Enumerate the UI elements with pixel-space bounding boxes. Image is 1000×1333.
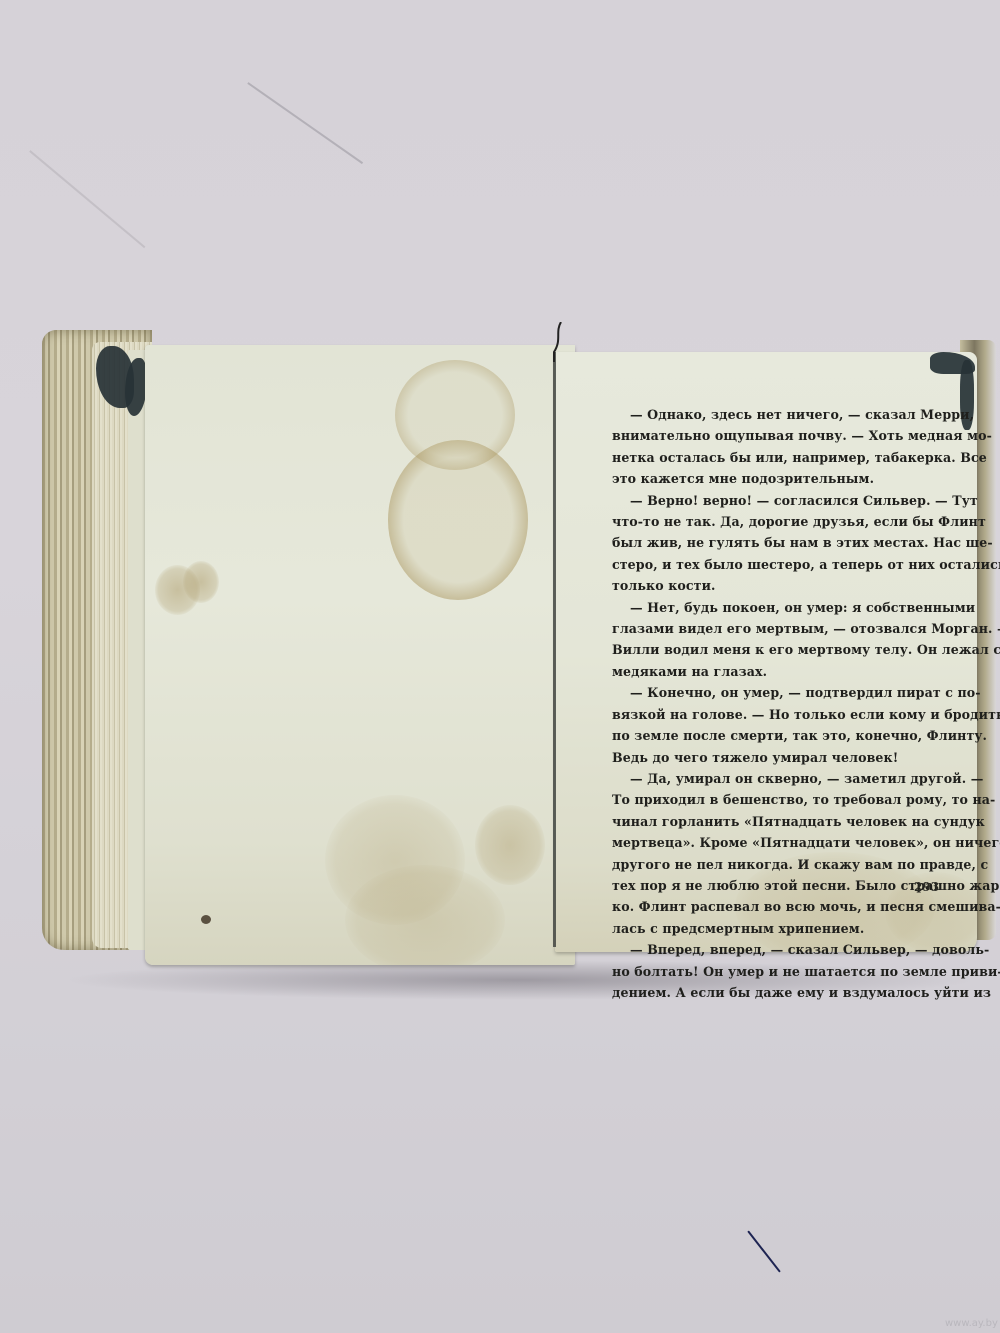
surface-scratch: [30, 150, 146, 248]
left-page: [145, 345, 575, 965]
text-line: — Вперед, вперед, — сказал Сильвер, — до…: [612, 939, 972, 960]
text-line: — Однако, здесь нет ничего, — сказал Мер…: [612, 404, 972, 425]
text-line: То приходил в бешенство, то требовал ром…: [612, 789, 972, 810]
text-line: — Верно! верно! — согласился Сильвер. — …: [612, 490, 972, 511]
water-stain: [345, 865, 505, 965]
text-line: это кажется мне подозрительным.: [612, 468, 972, 489]
text-line: Ведь до чего тяжело умирал человек!: [612, 747, 972, 768]
text-line: был жив, не гулять бы нам в этих местах.…: [612, 532, 972, 553]
text-line: — Да, умирал он скверно, — заметил друго…: [612, 768, 972, 789]
book-gutter: [553, 352, 556, 947]
text-line: — Нет, будь покоен, он умер: я собственн…: [612, 597, 972, 618]
bookmark-thread: [552, 322, 564, 362]
text-line: — Конечно, он умер, — подтвердил пират с…: [612, 682, 972, 703]
thread-fiber: [747, 1230, 781, 1272]
text-line: ко. Флинт распевал во всю мочь, и песня …: [612, 896, 972, 917]
text-line: дением. А если бы даже ему и вздумалось …: [612, 982, 972, 1003]
text-line: по земле после смерти, так это, конечно,…: [612, 725, 972, 746]
text-line: другого не пел никогда. И скажу вам по п…: [612, 854, 972, 875]
text-line: мертвеца». Кроме «Пятнадцати человек», о…: [612, 832, 972, 853]
right-page-text: — Однако, здесь нет ничего, — сказал Мер…: [612, 404, 972, 1003]
text-line: Вилли водил меня к его мертвому телу. Он…: [612, 639, 972, 660]
surface-scratch: [248, 82, 364, 164]
photo-scene: — Однако, здесь нет ничего, — сказал Мер…: [0, 0, 1000, 1333]
ink-speck: [201, 915, 211, 924]
text-line: медяками на глазах.: [612, 661, 972, 682]
text-line: что-то не так. Да, дорогие друзья, если …: [612, 511, 972, 532]
text-line: чинал горланить «Пятнадцать человек на с…: [612, 811, 972, 832]
watermark: www.ay.by: [945, 1318, 998, 1329]
text-line: глазами видел его мертвым, — отозвался М…: [612, 618, 972, 639]
page-number: 293: [914, 880, 939, 894]
water-stain: [475, 805, 545, 885]
water-stain: [183, 561, 219, 603]
text-line: но болтать! Он умер и не шатается по зем…: [612, 961, 972, 982]
text-line: стеро, и тех было шестеро, а теперь от н…: [612, 554, 972, 575]
text-line: лась с предсмертным хрипением.: [612, 918, 972, 939]
water-stain: [395, 360, 515, 470]
text-line: нетка осталась бы или, например, табакер…: [612, 447, 972, 468]
text-line: внимательно ощупывая почву. — Хоть медна…: [612, 425, 972, 446]
text-line: только кости.: [612, 575, 972, 596]
text-line: вязкой на голове. — Но только если кому …: [612, 704, 972, 725]
